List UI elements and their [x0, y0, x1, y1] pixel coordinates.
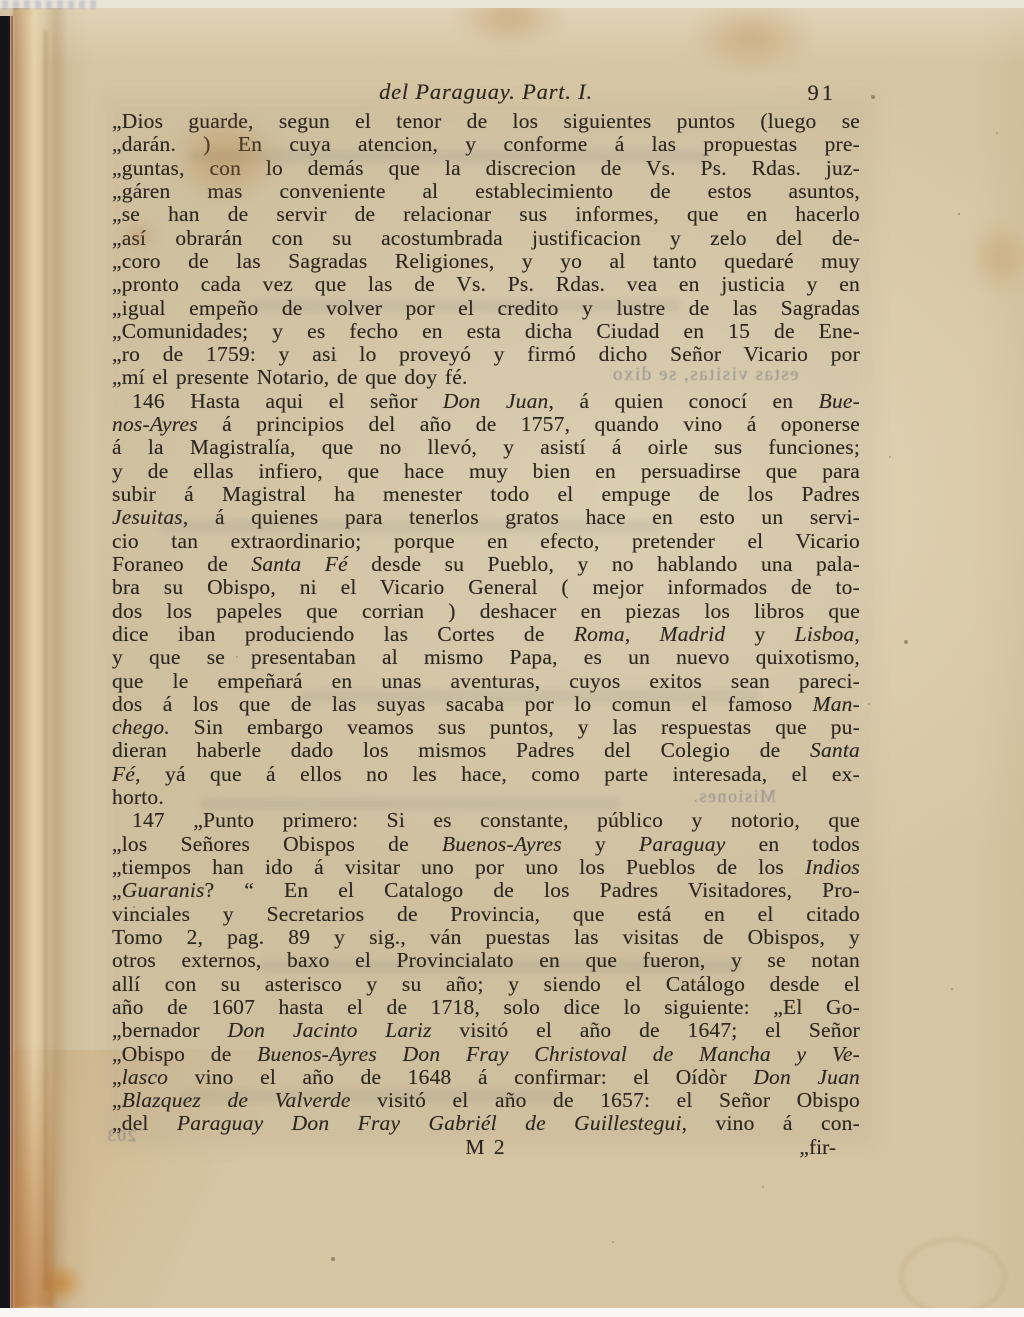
italic-text-segment: Don Jacinto Lariz [227, 1018, 431, 1042]
italic-text-segment: nos-Ayres [112, 412, 198, 436]
text-line: „pronto cada vez que las de Vs. Ps. Rdas… [112, 273, 860, 296]
text-line: y de ellas infiero, que hace muy bien en… [112, 460, 860, 483]
text-segment: dos á los que de las suyas sacaba por lo… [112, 692, 813, 716]
running-title: del Paraguay. Part. I. [379, 79, 593, 104]
text-segment: dieran haberle dado los mismos Padres de… [112, 738, 810, 762]
italic-text-segment: Buenos-Ayres [442, 832, 562, 856]
italic-text-segment: lasco [122, 1065, 168, 1089]
text-segment: Tomo 2, pag. 89 y sig., ván puestas las … [112, 925, 860, 949]
text-segment: cio tan extraordinario; porque en efecto… [112, 529, 860, 553]
text-segment: Foraneo de [112, 552, 251, 576]
stain [122, 222, 156, 250]
text-segment: „Obispo de [112, 1042, 257, 1066]
text-segment: „bernador [112, 1018, 227, 1042]
stain [168, 112, 283, 204]
text-segment: „Comunidades; y es fecho en esta dicha C… [112, 319, 860, 343]
text-line: „mí el presente Notario, de que doy fé. [112, 366, 860, 389]
page-number: 91 [808, 79, 837, 107]
text-line: allí con su asterisco y su año; y siendo… [112, 973, 860, 996]
text-line: dieran haberle dado los mismos Padres de… [112, 739, 860, 762]
italic-text-segment: Santa [810, 738, 860, 762]
text-segment: , vino á con- [682, 1111, 860, 1135]
italic-text-segment: Indios [805, 855, 860, 879]
text-line: dos los papeles que corrian ) deshacer e… [112, 600, 860, 623]
text-line: „Guaranis? “ En el Catalogo de los Padre… [112, 879, 860, 902]
running-header: del Paraguay. Part. I. 91 [112, 78, 860, 107]
italic-text-segment: chego. [112, 715, 170, 739]
text-segment: dice iban produciendo las Cortes de [112, 622, 574, 646]
scanned-book-page: estas visitas, se dixo Misiones. 203 del… [0, 0, 1024, 1317]
body-text: „Dios guarde, segun el tenor de los sigu… [112, 110, 860, 1136]
text-segment: en todos [725, 832, 860, 856]
text-segment: que le empeñará en unas aventuras, cuyos… [112, 669, 860, 693]
italic-text-segment: Man- [813, 692, 860, 716]
text-line: „coro de las Sagradas Religiones, y yo a… [112, 250, 860, 273]
text-line: Fé, yá que á ellos no les hace, como par… [112, 763, 860, 786]
text-line: bra su Obispo, ni el Vicario General ( m… [112, 576, 860, 599]
text-segment: subir á Magistral ha menester todo el em… [112, 482, 860, 506]
text-line: que le empeñará en unas aventuras, cuyos… [112, 670, 860, 693]
text-segment: ? “ En el Catalogo de los Padres Visitad… [205, 878, 860, 902]
text-line: Jesuitas, á quienes para tenerlos gratos… [112, 506, 860, 529]
italic-text-segment: Blazquez de Valverde [122, 1088, 351, 1112]
text-segment: „coro de las Sagradas Religiones, y yo a… [112, 249, 860, 273]
text-line: „tiempos han ido á visitar uno por uno l… [112, 856, 860, 879]
text-line: y que se presentaban al mismo Papa, es u… [112, 646, 860, 669]
text-segment: desde su Pueblo, y no hablando una pala- [348, 552, 860, 576]
signature-mark: M 2 [112, 1136, 860, 1159]
text-segment: y [725, 622, 794, 646]
text-segment: año de 1607 hasta el de 1718, solo dice … [112, 995, 860, 1019]
text-segment: „igual empeño de volver por el credito y… [112, 296, 860, 320]
text-line: „del Paraguay Don Fray Gabriél de Guille… [112, 1112, 860, 1135]
text-line: „bernador Don Jacinto Lariz visitó el añ… [112, 1019, 860, 1042]
text-segment: „pronto cada vez que las de Vs. Ps. Rdas… [112, 272, 860, 296]
text-line: otros externos, baxo el Provincialato en… [112, 949, 860, 972]
text-segment: horto. [112, 785, 164, 809]
text-line: „Blazquez de Valverde visitó el año de 1… [112, 1089, 860, 1112]
text-segment: „del [112, 1111, 177, 1135]
text-line: Foraneo de Santa Fé desde su Pueblo, y n… [112, 553, 860, 576]
text-segment: , yá que á ellos no les hace, como parte… [135, 762, 860, 786]
text-segment: visitó el año de 1657: el Señor Obispo [351, 1088, 860, 1112]
italic-text-segment: Madrid [660, 622, 726, 646]
text-line: horto. [112, 786, 860, 809]
text-line: chego. Sin embargo veamos sus puntos, y … [112, 716, 860, 739]
text-segment: Sin embargo veamos sus puntos, y las res… [170, 715, 860, 739]
italic-text-segment: Santa Fé [251, 552, 347, 576]
text-line: dice iban produciendo las Cortes de Roma… [112, 623, 860, 646]
text-segment: „mí el presente Notario, de que doy fé. [112, 365, 468, 389]
text-line: „así obrarán con su acostumbrada justifi… [112, 227, 860, 250]
text-segment: „ro de 1759: y asi lo proveyó y firmó di… [112, 342, 860, 366]
text-segment: „los Señores Obispos de [112, 832, 442, 856]
italic-text-segment: Guaranis [122, 878, 205, 902]
text-column: del Paraguay. Part. I. 91 „Dios guarde, … [112, 78, 860, 1159]
italic-text-segment: Fé [112, 762, 135, 786]
text-line: „ro de 1759: y asi lo proveyó y firmó di… [112, 343, 860, 366]
text-line: „Obispo de Buenos-Ayres Don Fray Christo… [112, 1043, 860, 1066]
faint-blue-stamp [2, 0, 98, 9]
italic-text-segment: Don Juan [753, 1065, 860, 1089]
text-segment: , [854, 622, 860, 646]
text-segment: vinciales y Secretarios de Provincia, qu… [112, 902, 860, 926]
text-segment: bra su Obispo, ni el Vicario General ( m… [112, 575, 860, 599]
text-segment: „tiempos han ido á visitar uno por uno l… [112, 855, 805, 879]
text-segment: dos los papeles que corrian ) deshacer e… [112, 599, 860, 623]
italic-text-segment: Roma [574, 622, 625, 646]
text-line: vinciales y Secretarios de Provincia, qu… [112, 903, 860, 926]
text-segment: á principios del año de 1757, quando vin… [198, 412, 860, 436]
text-line: á la Magistralía, que no llevó, y asistí… [112, 436, 860, 459]
italic-text-segment: Paraguay Don Fray Gabriél de Guillestegu… [177, 1111, 682, 1135]
text-segment: 147 „Punto primero: Si es constante, púb… [132, 808, 860, 832]
text-segment: „se han de servir de relacionar sus info… [112, 202, 860, 226]
text-line: subir á Magistral ha menester todo el em… [112, 483, 860, 506]
text-segment: visitó el año de 1647; el Señor [432, 1018, 860, 1042]
text-segment: 146 Hasta aqui el señor [132, 389, 443, 413]
text-segment: y [562, 832, 639, 856]
italic-text-segment: Don Juan [443, 389, 549, 413]
text-line: nos-Ayres á principios del año de 1757, … [112, 413, 860, 436]
text-segment: „así obrarán con su acostumbrada justifi… [112, 226, 860, 250]
text-segment: , á quienes para tenerlos gratos hace en… [183, 505, 860, 529]
text-line: Tomo 2, pag. 89 y sig., ván puestas las … [112, 926, 860, 949]
text-segment: „ [112, 878, 122, 902]
scan-edge-highlight [10, 16, 16, 1310]
text-segment: y de ellas infiero, que hace muy bien en… [112, 459, 860, 483]
text-line: „Comunidades; y es fecho en esta dicha C… [112, 320, 860, 343]
italic-text-segment: Lisboa [795, 622, 855, 646]
text-segment: á la Magistralía, que no llevó, y asistí… [112, 435, 860, 459]
catchword: „fir- [799, 1136, 836, 1159]
text-segment: „ [112, 1088, 122, 1112]
text-segment: „ [112, 1065, 122, 1089]
text-line: 146 Hasta aqui el señor Don Juan, á quie… [112, 390, 860, 413]
text-line: „lasco vino el año de 1648 á confirmar: … [112, 1066, 860, 1089]
scan-top-edge [0, 0, 1024, 8]
text-segment: y que se presentaban al mismo Papa, es u… [112, 645, 860, 669]
text-segment: allí con su asterisco y su año; y siendo… [112, 972, 860, 996]
text-segment: , [625, 622, 660, 646]
footer-row: M 2 „fir- [112, 1136, 860, 1159]
italic-text-segment: Paraguay [639, 832, 725, 856]
text-line: „igual empeño de volver por el credito y… [112, 297, 860, 320]
text-line: año de 1607 hasta el de 1718, solo dice … [112, 996, 860, 1019]
text-line: „los Señores Obispos de Buenos-Ayres y P… [112, 833, 860, 856]
text-segment: vino el año de 1648 á confirmar: el Oídò… [168, 1065, 753, 1089]
text-line: cio tan extraordinario; porque en efecto… [112, 530, 860, 553]
text-segment: , á quien conocí en [549, 389, 819, 413]
italic-text-segment: Bue- [819, 389, 860, 413]
ring-stain [900, 1238, 1006, 1316]
text-line: 147 „Punto primero: Si es constante, púb… [112, 809, 860, 832]
text-segment: otros externos, baxo el Provincialato en… [112, 948, 860, 972]
text-line: „se han de servir de relacionar sus info… [112, 203, 860, 226]
stain [686, 0, 816, 74]
scan-bottom-edge [0, 1308, 1024, 1317]
italic-text-segment: Buenos-Ayres Don Fray Christoval de Manc… [257, 1042, 860, 1066]
italic-text-segment: Jesuitas [112, 505, 183, 529]
text-line: dos á los que de las suyas sacaba por lo… [112, 693, 860, 716]
stain [968, 218, 1024, 296]
